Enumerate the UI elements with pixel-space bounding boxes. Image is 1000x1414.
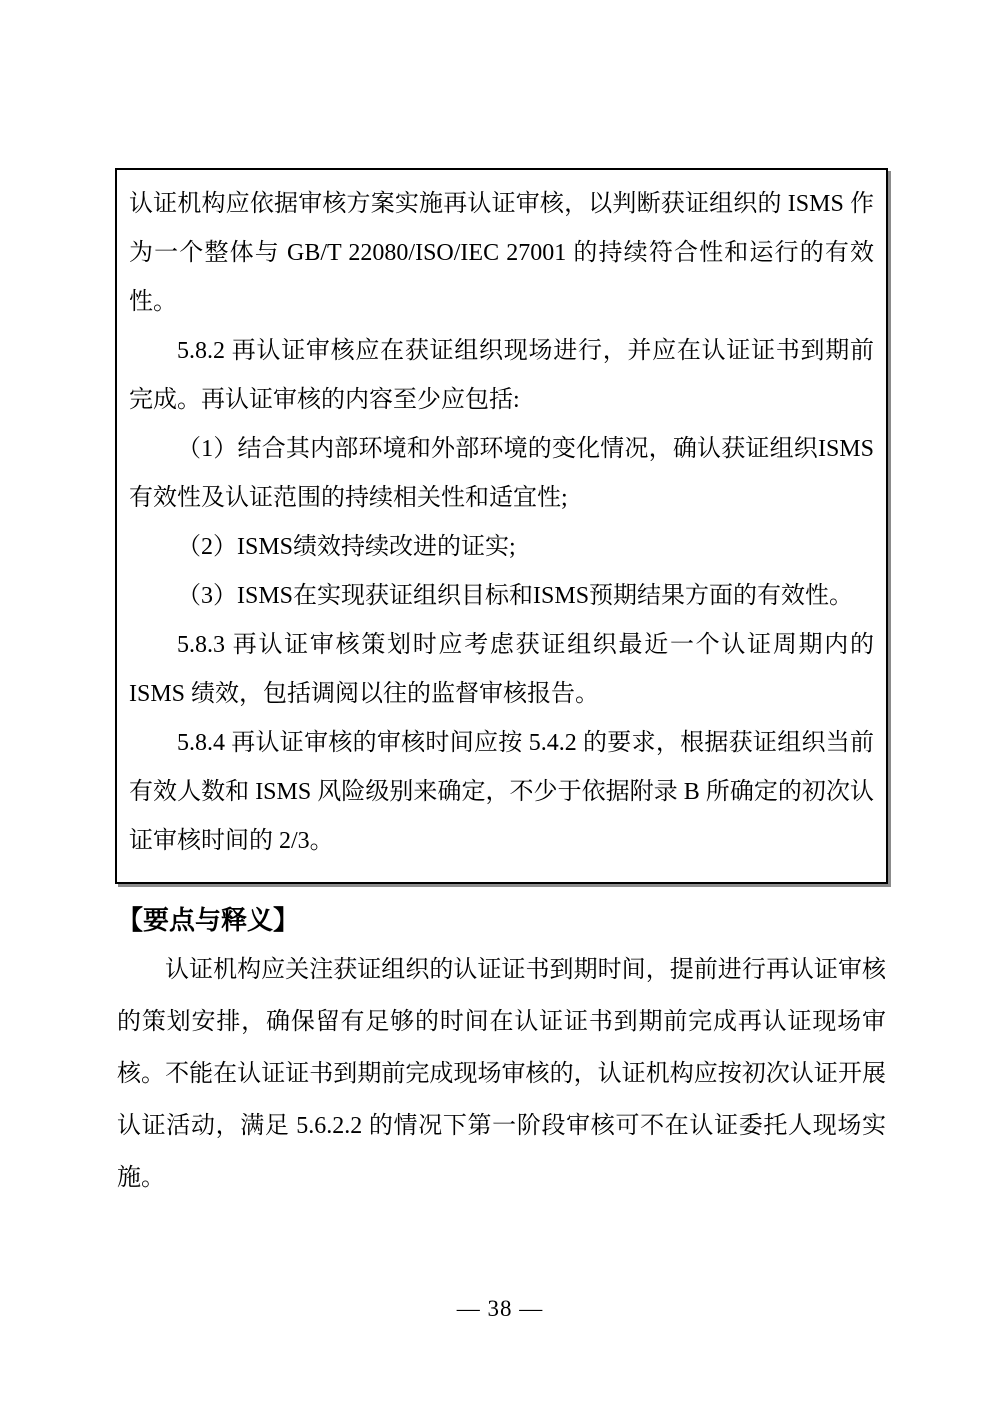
- notes-section-heading: 【要点与释义】: [117, 900, 888, 940]
- requirement-box: 认证机构应依据审核方案实施再认证审核，以判断获证组织的 ISMS 作为一个整体与…: [115, 168, 888, 884]
- notes-paragraph: 认证机构应关注获证组织的认证证书到期时间，提前进行再认证审核的策划安排，确保留有…: [115, 944, 888, 1204]
- box-paragraph: 5.8.2 再认证审核应在获证组织现场进行，并应在认证证书到期前完成。再认证审核…: [129, 327, 874, 425]
- box-paragraph: 5.8.4 再认证审核的审核时间应按 5.4.2 的要求，根据获证组织当前有效人…: [129, 719, 874, 866]
- notes-section: 【要点与释义】 认证机构应关注获证组织的认证证书到期时间，提前进行再认证审核的策…: [115, 900, 888, 1204]
- page-content: 认证机构应依据审核方案实施再认证审核，以判断获证组织的 ISMS 作为一个整体与…: [115, 168, 888, 1204]
- box-paragraph: （2）ISMS绩效持续改进的证实;: [129, 523, 874, 572]
- document-page: 认证机构应依据审核方案实施再认证审核，以判断获证组织的 ISMS 作为一个整体与…: [0, 0, 1000, 1414]
- box-paragraph: 5.8.3 再认证审核策划时应考虑获证组织最近一个认证周期内的 ISMS 绩效，…: [129, 621, 874, 719]
- page-number: — 38 —: [0, 1296, 1000, 1322]
- box-paragraph: 认证机构应依据审核方案实施再认证审核，以判断获证组织的 ISMS 作为一个整体与…: [129, 180, 874, 327]
- box-paragraph: （3）ISMS在实现获证组织目标和ISMS预期结果方面的有效性。: [129, 572, 874, 621]
- box-paragraph: （1）结合其内部环境和外部环境的变化情况，确认获证组织ISMS有效性及认证范围的…: [129, 425, 874, 523]
